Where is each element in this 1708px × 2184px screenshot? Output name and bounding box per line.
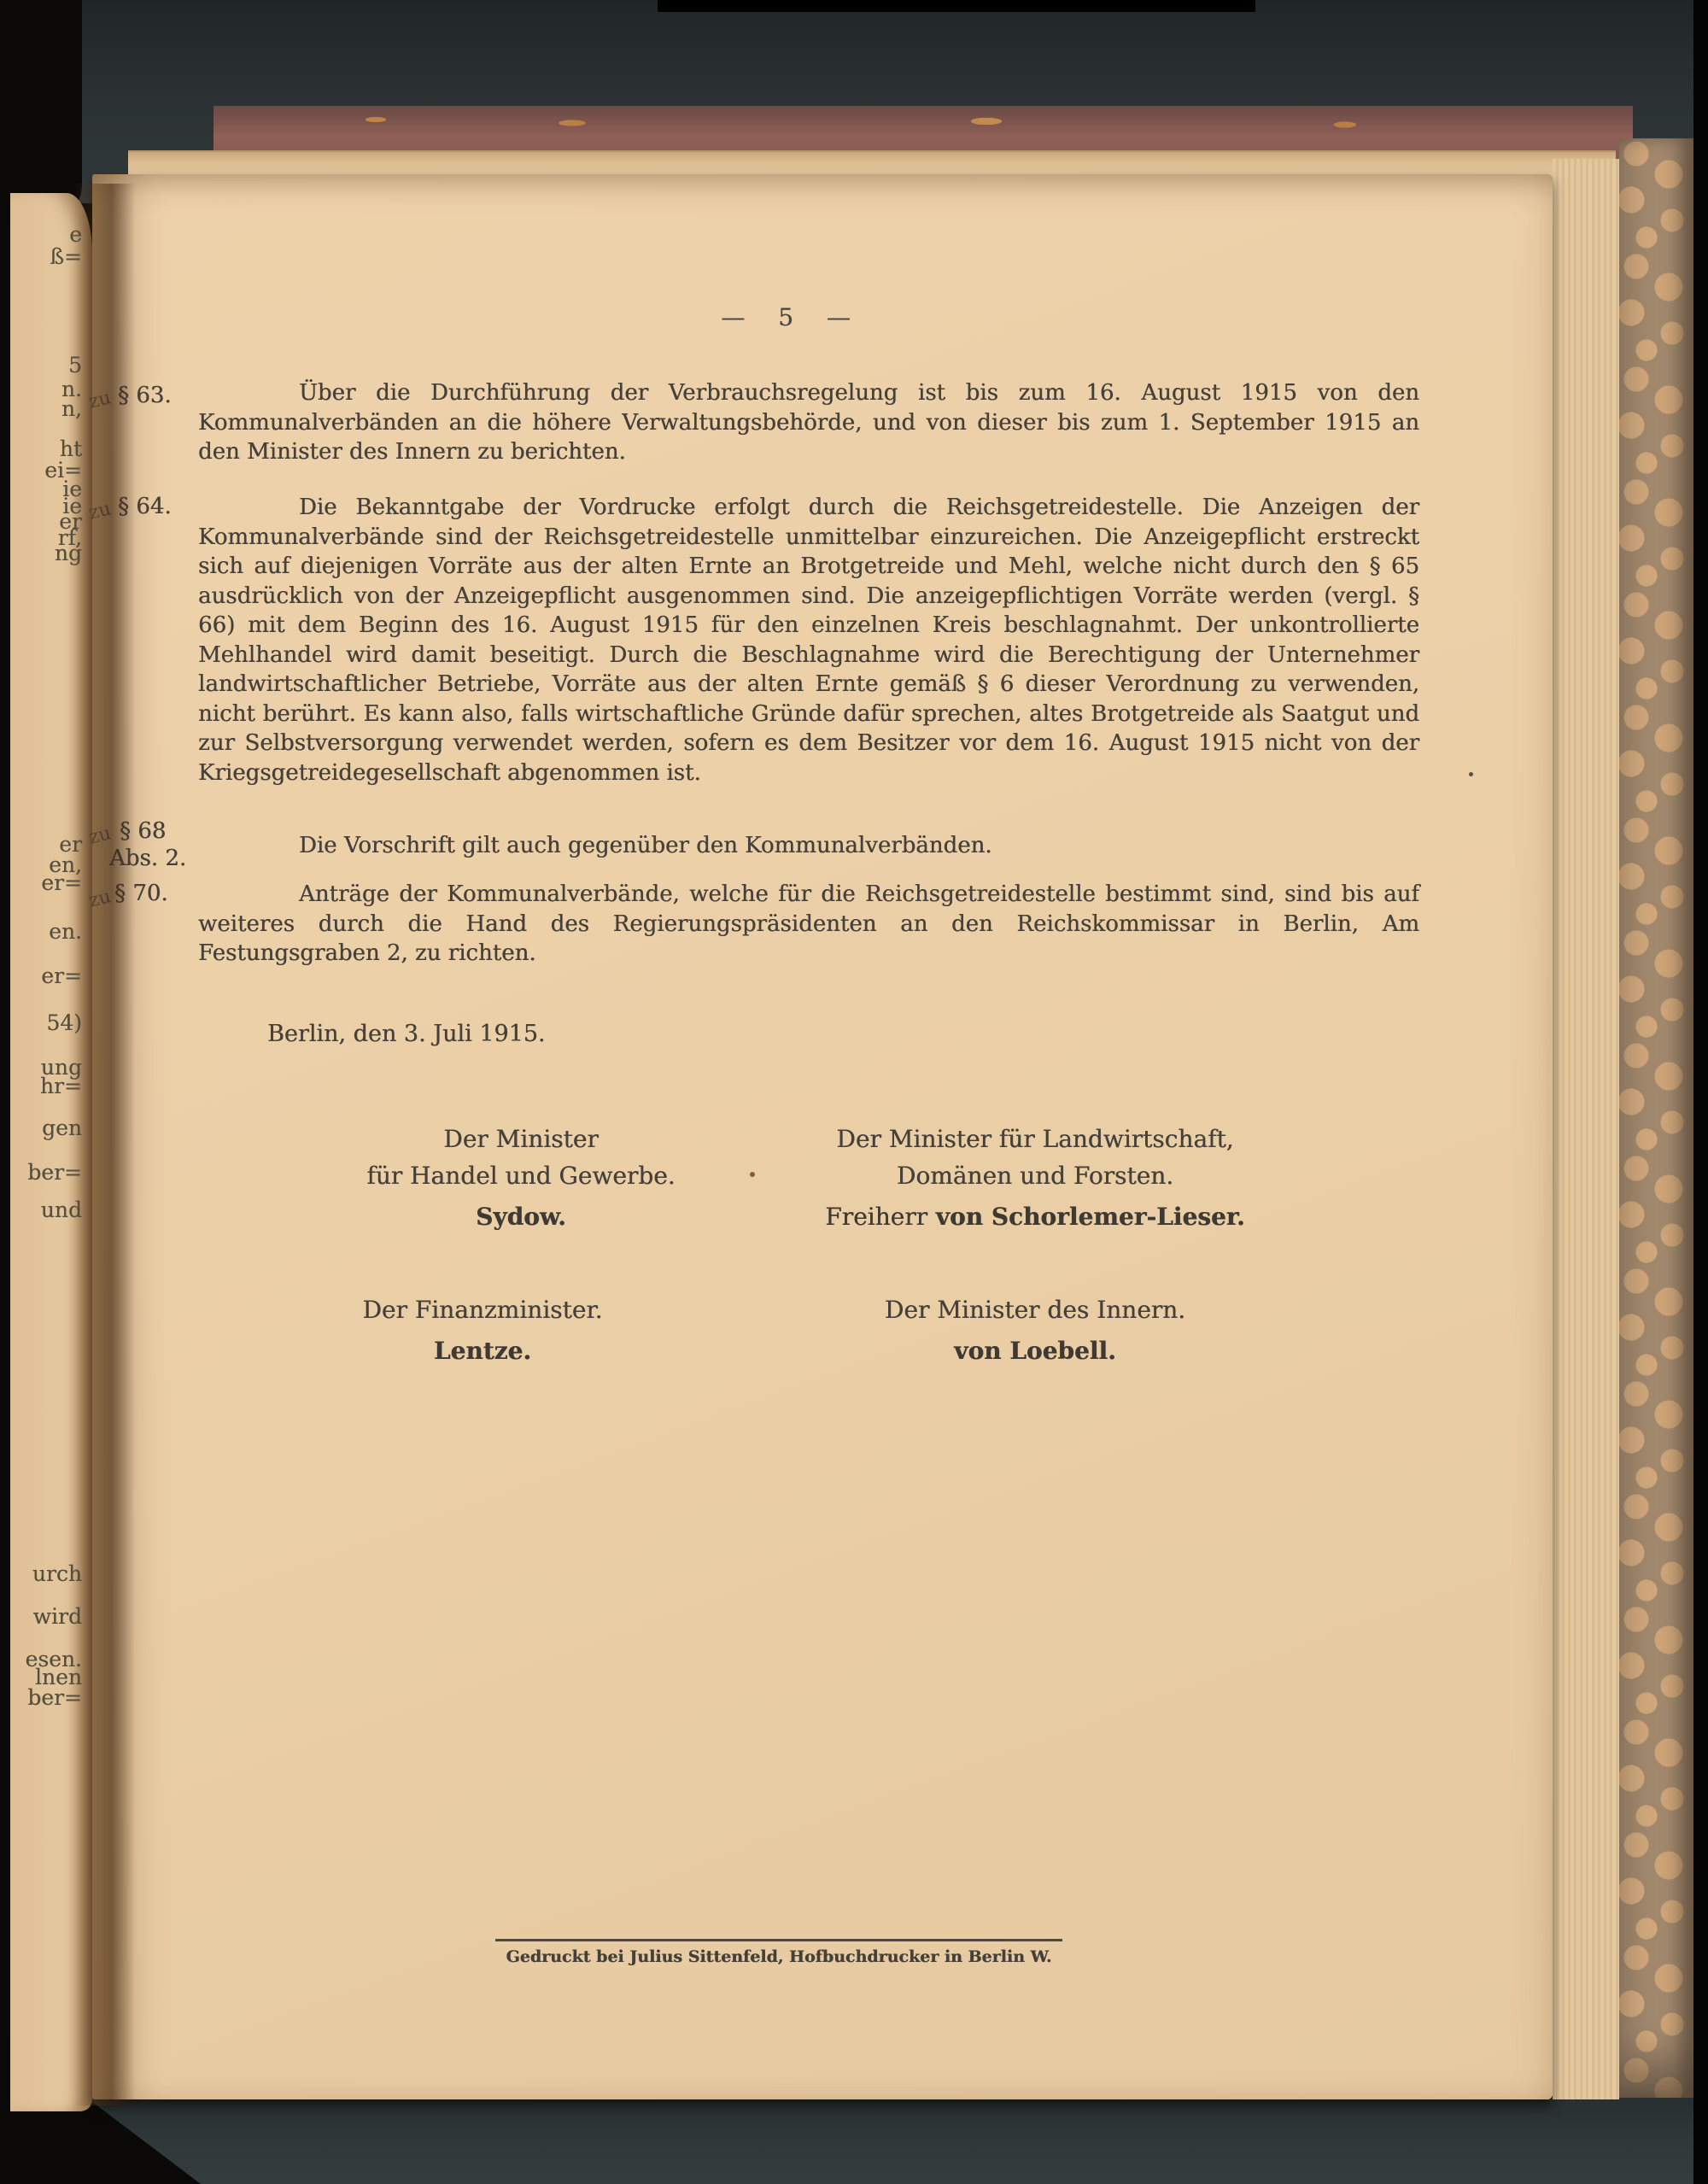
signature-office-line: Domänen und Forsten. <box>736 1157 1334 1194</box>
signature-landwirtschaft: Der Minister für Landwirtschaft, Domänen… <box>736 1121 1334 1235</box>
signature-office-line: Der Minister <box>282 1121 760 1157</box>
signature-name-prefix: Freiherr <box>825 1203 927 1231</box>
signature-name-bold: von Schorlemer-Lieser. <box>936 1203 1245 1231</box>
paragraph-70: Anträge der Kommunalverbände, welche für… <box>198 880 1419 969</box>
paragraph-64: Die Bekanntgabe der Vordrucke erfolgt du… <box>198 493 1419 788</box>
signature-office-line: Der Minister des Innern. <box>736 1291 1334 1328</box>
signature-name: Lentze. <box>243 1332 722 1369</box>
signature-finanz: Der Finanzminister. Lentze. <box>243 1291 722 1369</box>
page-stack-fore-edge <box>1553 159 1619 2099</box>
paragraph-63: Über die Durchführung der Verbrauchsrege… <box>198 378 1419 467</box>
book-cover-bottom <box>0 2091 1708 2184</box>
marbled-endpaper-edge <box>1619 138 1693 2098</box>
gutter-shadow <box>73 184 135 2105</box>
signature-inneres: Der Minister des Innern. von Loebell. <box>736 1291 1334 1369</box>
paper-speck <box>750 1172 755 1177</box>
imprint-text: Gedruckt bei Julius Sittenfeld, Hofbuchd… <box>453 1947 1105 1966</box>
book-scan: eß=5n.n,htei=ieieerrf,ngeren,er=en.er=54… <box>0 0 1708 2184</box>
scan-corner-shadow <box>0 0 82 224</box>
signature-name: von Loebell. <box>736 1332 1334 1369</box>
signature-name: Freiherr von Schorlemer-Lieser. <box>736 1198 1334 1235</box>
signature-office-line: für Handel und Gewerbe. <box>282 1157 760 1194</box>
scan-edge-right <box>1693 0 1708 2184</box>
signature-handel: Der Minister für Handel und Gewerbe. Syd… <box>282 1121 760 1235</box>
page-number: — 5 — <box>615 303 956 331</box>
paragraph-68: Die Vorschrift gilt auch gegenüber den K… <box>198 831 1419 861</box>
signature-office-line: Der Finanzminister. <box>243 1291 722 1328</box>
dateline: Berlin, den 3. Juli 1915. <box>267 1021 546 1047</box>
scan-edge-bar <box>658 0 1255 12</box>
paper-speck <box>1469 772 1473 776</box>
signature-office-line: Der Minister für Landwirtschaft, <box>736 1121 1334 1157</box>
signature-name: Sydow. <box>282 1198 760 1235</box>
imprint-rule <box>495 1939 1062 1941</box>
main-page: — 5 — zu § 63. zu § 64. zu § 68 Abs. 2. … <box>92 174 1553 2099</box>
